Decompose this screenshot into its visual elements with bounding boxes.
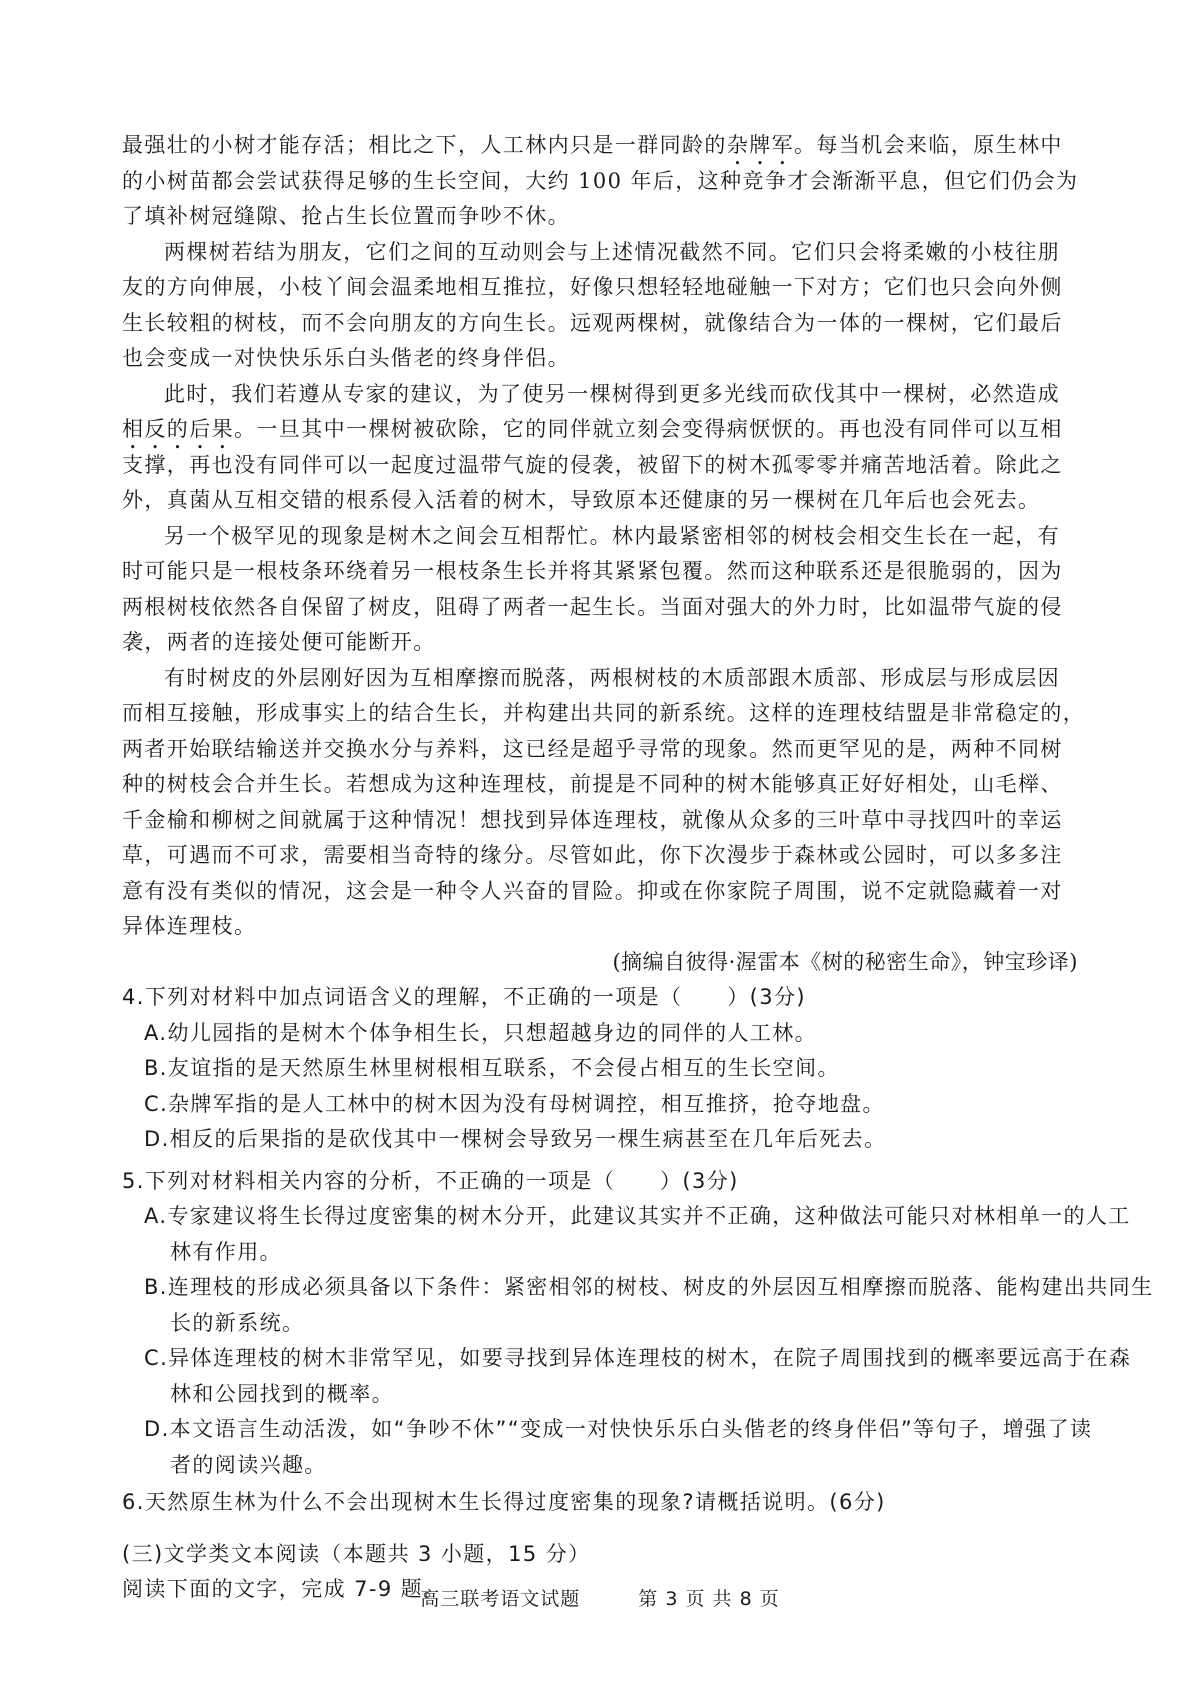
- passage-line: 友的方向伸展，小枝丫间会温柔地相互推拉，好像只想轻轻地碰触一下对方；它们也只会向…: [122, 270, 1082, 306]
- option-c: C.杂牌军指的是人工林中的树木因为没有母树调控，相互推挤，抢夺地盘。: [122, 1087, 1082, 1123]
- passage-line: 的小树苗都会尝试获得足够的生长空间，大约 100 年后，这种竞争才会渐渐平息，但…: [122, 164, 1082, 200]
- passage-line: 两棵树若结为朋友，它们之间的互动则会与上述情况截然不同。它们只会将柔嫩的小枝往朋: [122, 235, 1082, 271]
- option-a-continued: 林有作用。: [122, 1235, 1082, 1271]
- question-title: 5.下列对材料相关内容的分析，不正确的一项是（ ）(3分): [122, 1164, 1082, 1200]
- page-suffix: 页: [760, 1588, 780, 1610]
- question-title: 4.下列对材料中加点词语含义的理解，不正确的一项是（ ）(3分): [122, 980, 1082, 1016]
- passage-line: 种的树枝会合并生长。若想成为这种连理枝，前提是不同种的树木能够真正好好相处，山毛…: [122, 767, 1082, 803]
- exam-title: 高三联考语文试题: [420, 1588, 580, 1610]
- passage-line: 此时，我们若遵从专家的建议，为了使另一棵树得到更多光线而砍伐其中一棵树，必然造成: [122, 377, 1082, 413]
- passage-line: 支撑，再也没有同伴可以一起度过温带气旋的侵袭，被留下的树木孤零零并痛苦地活着。除…: [122, 448, 1082, 484]
- passage-line: 外，真菌从互相交错的根系侵入活着的树木，导致原本还健康的另一棵树在几年后也会死去…: [122, 483, 1082, 519]
- option-d: D.本文语言生动活泼，如“争吵不休”“变成一对快快乐乐白头偕老的终身伴侣”等句子…: [122, 1412, 1082, 1448]
- page-current: 3: [665, 1588, 678, 1610]
- emphasized-term: 相反的后果: [122, 417, 234, 441]
- option-c: C.异体连理枝的树木非常罕见，如要寻找到异体连理枝的树木，在院子周围找到的概率要…: [122, 1341, 1082, 1377]
- page-footer: 高三联考语文试题第 3 页 共 8 页: [0, 1584, 1200, 1611]
- passage-source: (摘编自彼得·渥雷本《树的秘密生命》，钟宝珍译): [122, 945, 1082, 981]
- passage-line: 而相互接触，形成事实上的结合生长，并构建出共同的新系统。这样的连理枝结盟是非常稳…: [122, 696, 1082, 732]
- question-4: 4.下列对材料中加点词语含义的理解，不正确的一项是（ ）(3分) A.幼儿园指的…: [122, 980, 1082, 1158]
- page-total: 8: [740, 1588, 753, 1610]
- option-b-continued: 长的新系统。: [122, 1306, 1082, 1342]
- passage-line: 另一个极罕见的现象是树木之间会互相帮忙。林内最紧密相邻的树枝会相交生长在一起，有: [122, 519, 1082, 555]
- question-title: 6.天然原生林为什么不会出现树木生长得过度密集的现象?请概括说明。(6分): [122, 1485, 1082, 1521]
- page-mid: 页 共: [685, 1588, 732, 1610]
- passage-line: 千金榆和柳树之间就属于这种情况！想找到异体连理枝，就像从众多的三叶草中寻找四叶的…: [122, 803, 1082, 839]
- question-5: 5.下列对材料相关内容的分析，不正确的一项是（ ）(3分) A.专家建议将生长得…: [122, 1164, 1082, 1484]
- page-prefix: 第: [638, 1588, 658, 1610]
- reading-passage: 最强壮的小树才能存活；相比之下，人工林内只是一群同龄的杂牌军。每当机会来临，原生…: [122, 128, 1082, 980]
- passage-line: 时可能只是一根枝条环绕着另一根枝条生长并将其紧紧包覆。然而这种联系还是很脆弱的，…: [122, 554, 1082, 590]
- passage-line: 也会变成一对快快乐乐白头偕老的终身伴侣。: [122, 341, 1082, 377]
- option-d-continued: 者的阅读兴趣。: [122, 1448, 1082, 1484]
- passage-line: 异体连理枝。: [122, 909, 1082, 945]
- passage-line: 两根树枝依然各自保留了树皮，阻碍了两者一起生长。当面对强大的外力时，比如温带气旋…: [122, 590, 1082, 626]
- option-b: B.友谊指的是天然原生林里树根相互联系，不会侵占相互的生长空间。: [122, 1051, 1082, 1087]
- passage-line: 生长较粗的树枝，而不会向朋友的方向生长。远观两棵树，就像结合为一体的一棵树，它们…: [122, 306, 1082, 342]
- passage-line: 有时树皮的外层刚好因为互相摩擦而脱落，两根树枝的木质部跟木质部、形成层与形成层因: [122, 661, 1082, 697]
- section-heading: (三)文学类文本阅读（本题共 3 小题，15 分）: [122, 1537, 1082, 1573]
- passage-line: 袭，两者的连接处便可能断开。: [122, 625, 1082, 661]
- option-a: A.专家建议将生长得过度密集的树木分开，此建议其实并不正确，这种做法可能只对林相…: [122, 1199, 1082, 1235]
- option-b: B.连理枝的形成必须具备以下条件：紧密相邻的树枝、树皮的外层因互相摩擦而脱落、能…: [122, 1270, 1082, 1306]
- option-c-continued: 林和公园找到的概率。: [122, 1377, 1082, 1413]
- emphasized-term: 杂牌军: [727, 133, 794, 157]
- option-a: A.幼儿园指的是树木个体争相生长，只想超越身边的同伴的人工林。: [122, 1016, 1082, 1052]
- passage-line: 了填补树冠缝隙、抢占生长位置而争吵不休。: [122, 199, 1082, 235]
- option-d: D.相反的后果指的是砍伐其中一棵树会导致另一棵生病甚至在几年后死去。: [122, 1122, 1082, 1158]
- passage-line: 相反的后果。一旦其中一棵树被砍除，它的同伴就立刻会变得病恹恹的。再也没有同伴可以…: [122, 412, 1082, 448]
- passage-line: 两者开始联结输送并交换水分与养料，这已经是超乎寻常的现象。然而更罕见的是，两种不…: [122, 732, 1082, 768]
- question-6: 6.天然原生林为什么不会出现树木生长得过度密集的现象?请概括说明。(6分): [122, 1485, 1082, 1521]
- passage-line: 意有没有类似的情况，这会是一种令人兴奋的冒险。抑或在你家院子周围，说不定就隐藏着…: [122, 874, 1082, 910]
- passage-line: 草，可遇而不可求，需要相当奇特的缘分。尽管如此，你下次漫步于森林或公园时，可以多…: [122, 838, 1082, 874]
- passage-line: 最强壮的小树才能存活；相比之下，人工林内只是一群同龄的杂牌军。每当机会来临，原生…: [122, 128, 1082, 164]
- exam-page: 最强壮的小树才能存活；相比之下，人工林内只是一群同龄的杂牌军。每当机会来临，原生…: [122, 128, 1082, 1608]
